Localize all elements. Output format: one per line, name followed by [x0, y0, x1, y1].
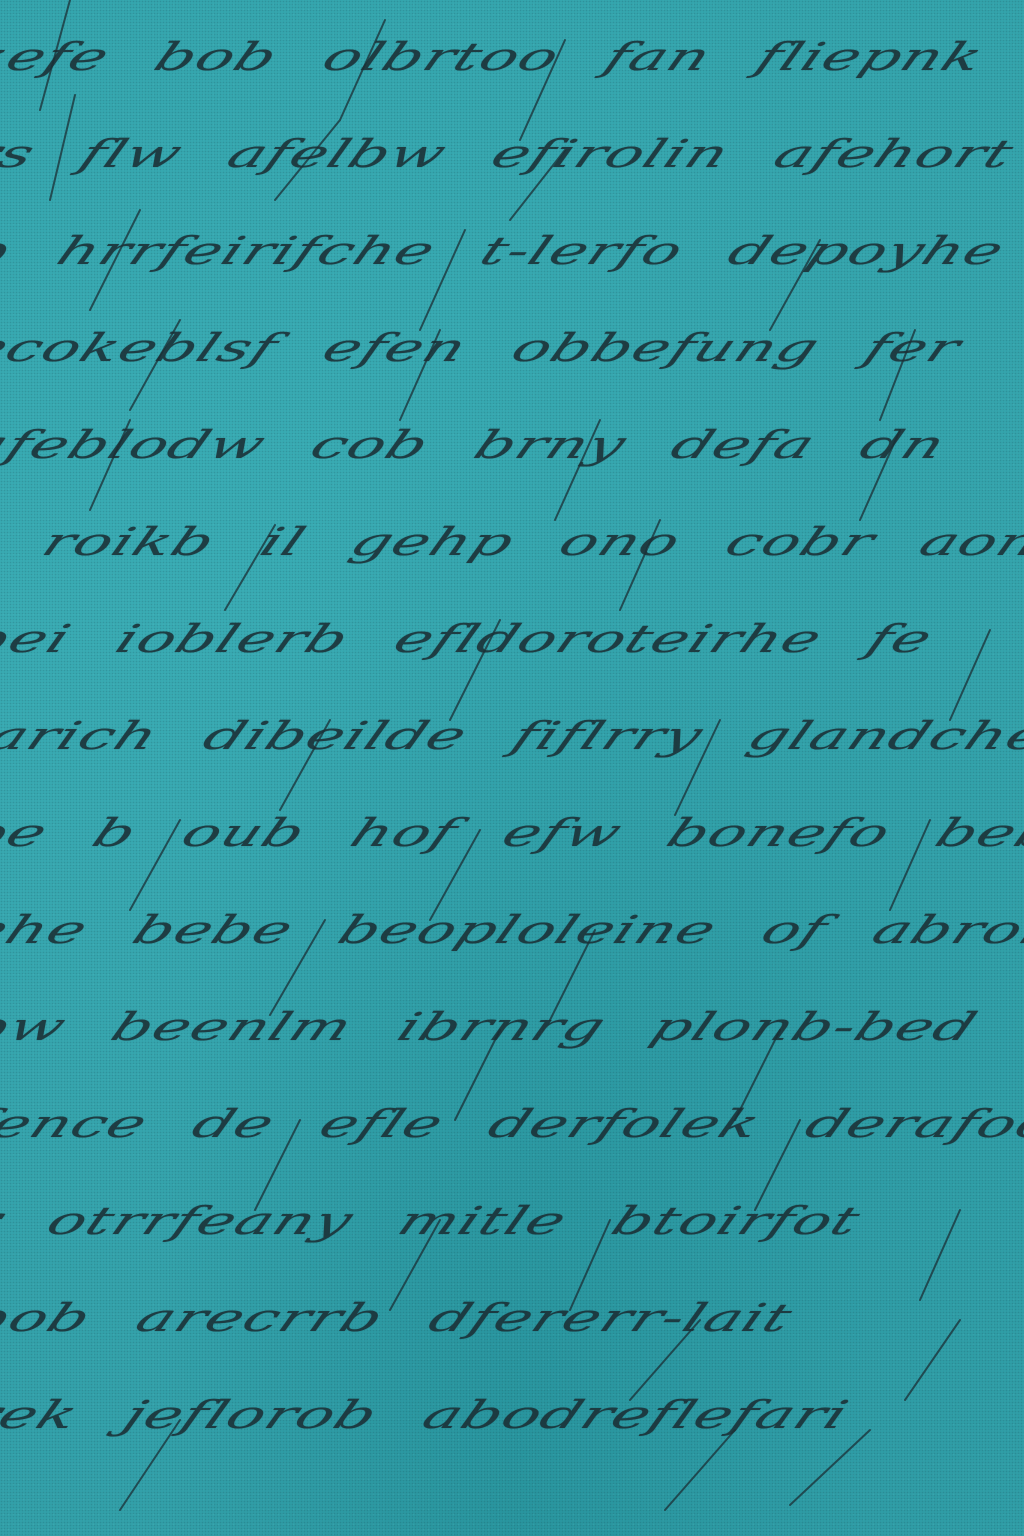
script-line: rek jeflorob abodreflefari [0, 1392, 1024, 1437]
script-line: rs flw afelbw efirolin afehort [0, 131, 1024, 176]
script-line: r otrrfeany mitle btoirfot [0, 1198, 1024, 1243]
script-line: afeblodw cob brny defa dn [0, 422, 1024, 467]
script-line: b hrrfeirifche t-lerfo depoyhe [0, 228, 1024, 273]
script-line: bw beenlm ibrnrg plonb-bed [0, 1004, 1024, 1049]
script-line: oe b oub hof efw bonefo beb [0, 810, 1024, 855]
script-line: ecokeblsf efen obbefung fer [0, 325, 1024, 370]
script-line: t roikb il gehp ono cobr aon [0, 519, 1024, 564]
script-line: bei ioblerb efldoroteirhe fe [0, 616, 1024, 661]
script-line: fence de efle derfolek derafoot [0, 1101, 1024, 1146]
script-line: larich dibeilde fiflrry glandche [0, 713, 1024, 758]
script-line: ehe bebe beoploleine of abrohe [0, 907, 1024, 952]
script-line: kefe bob olbrtoo fan fliepnk p [0, 34, 1024, 79]
script-line: bob arecrrb dfererr-lait [0, 1295, 1024, 1340]
handwritten-paper: kefe bob olbrtoo fan fliepnk p rs flw af… [0, 0, 1024, 1536]
